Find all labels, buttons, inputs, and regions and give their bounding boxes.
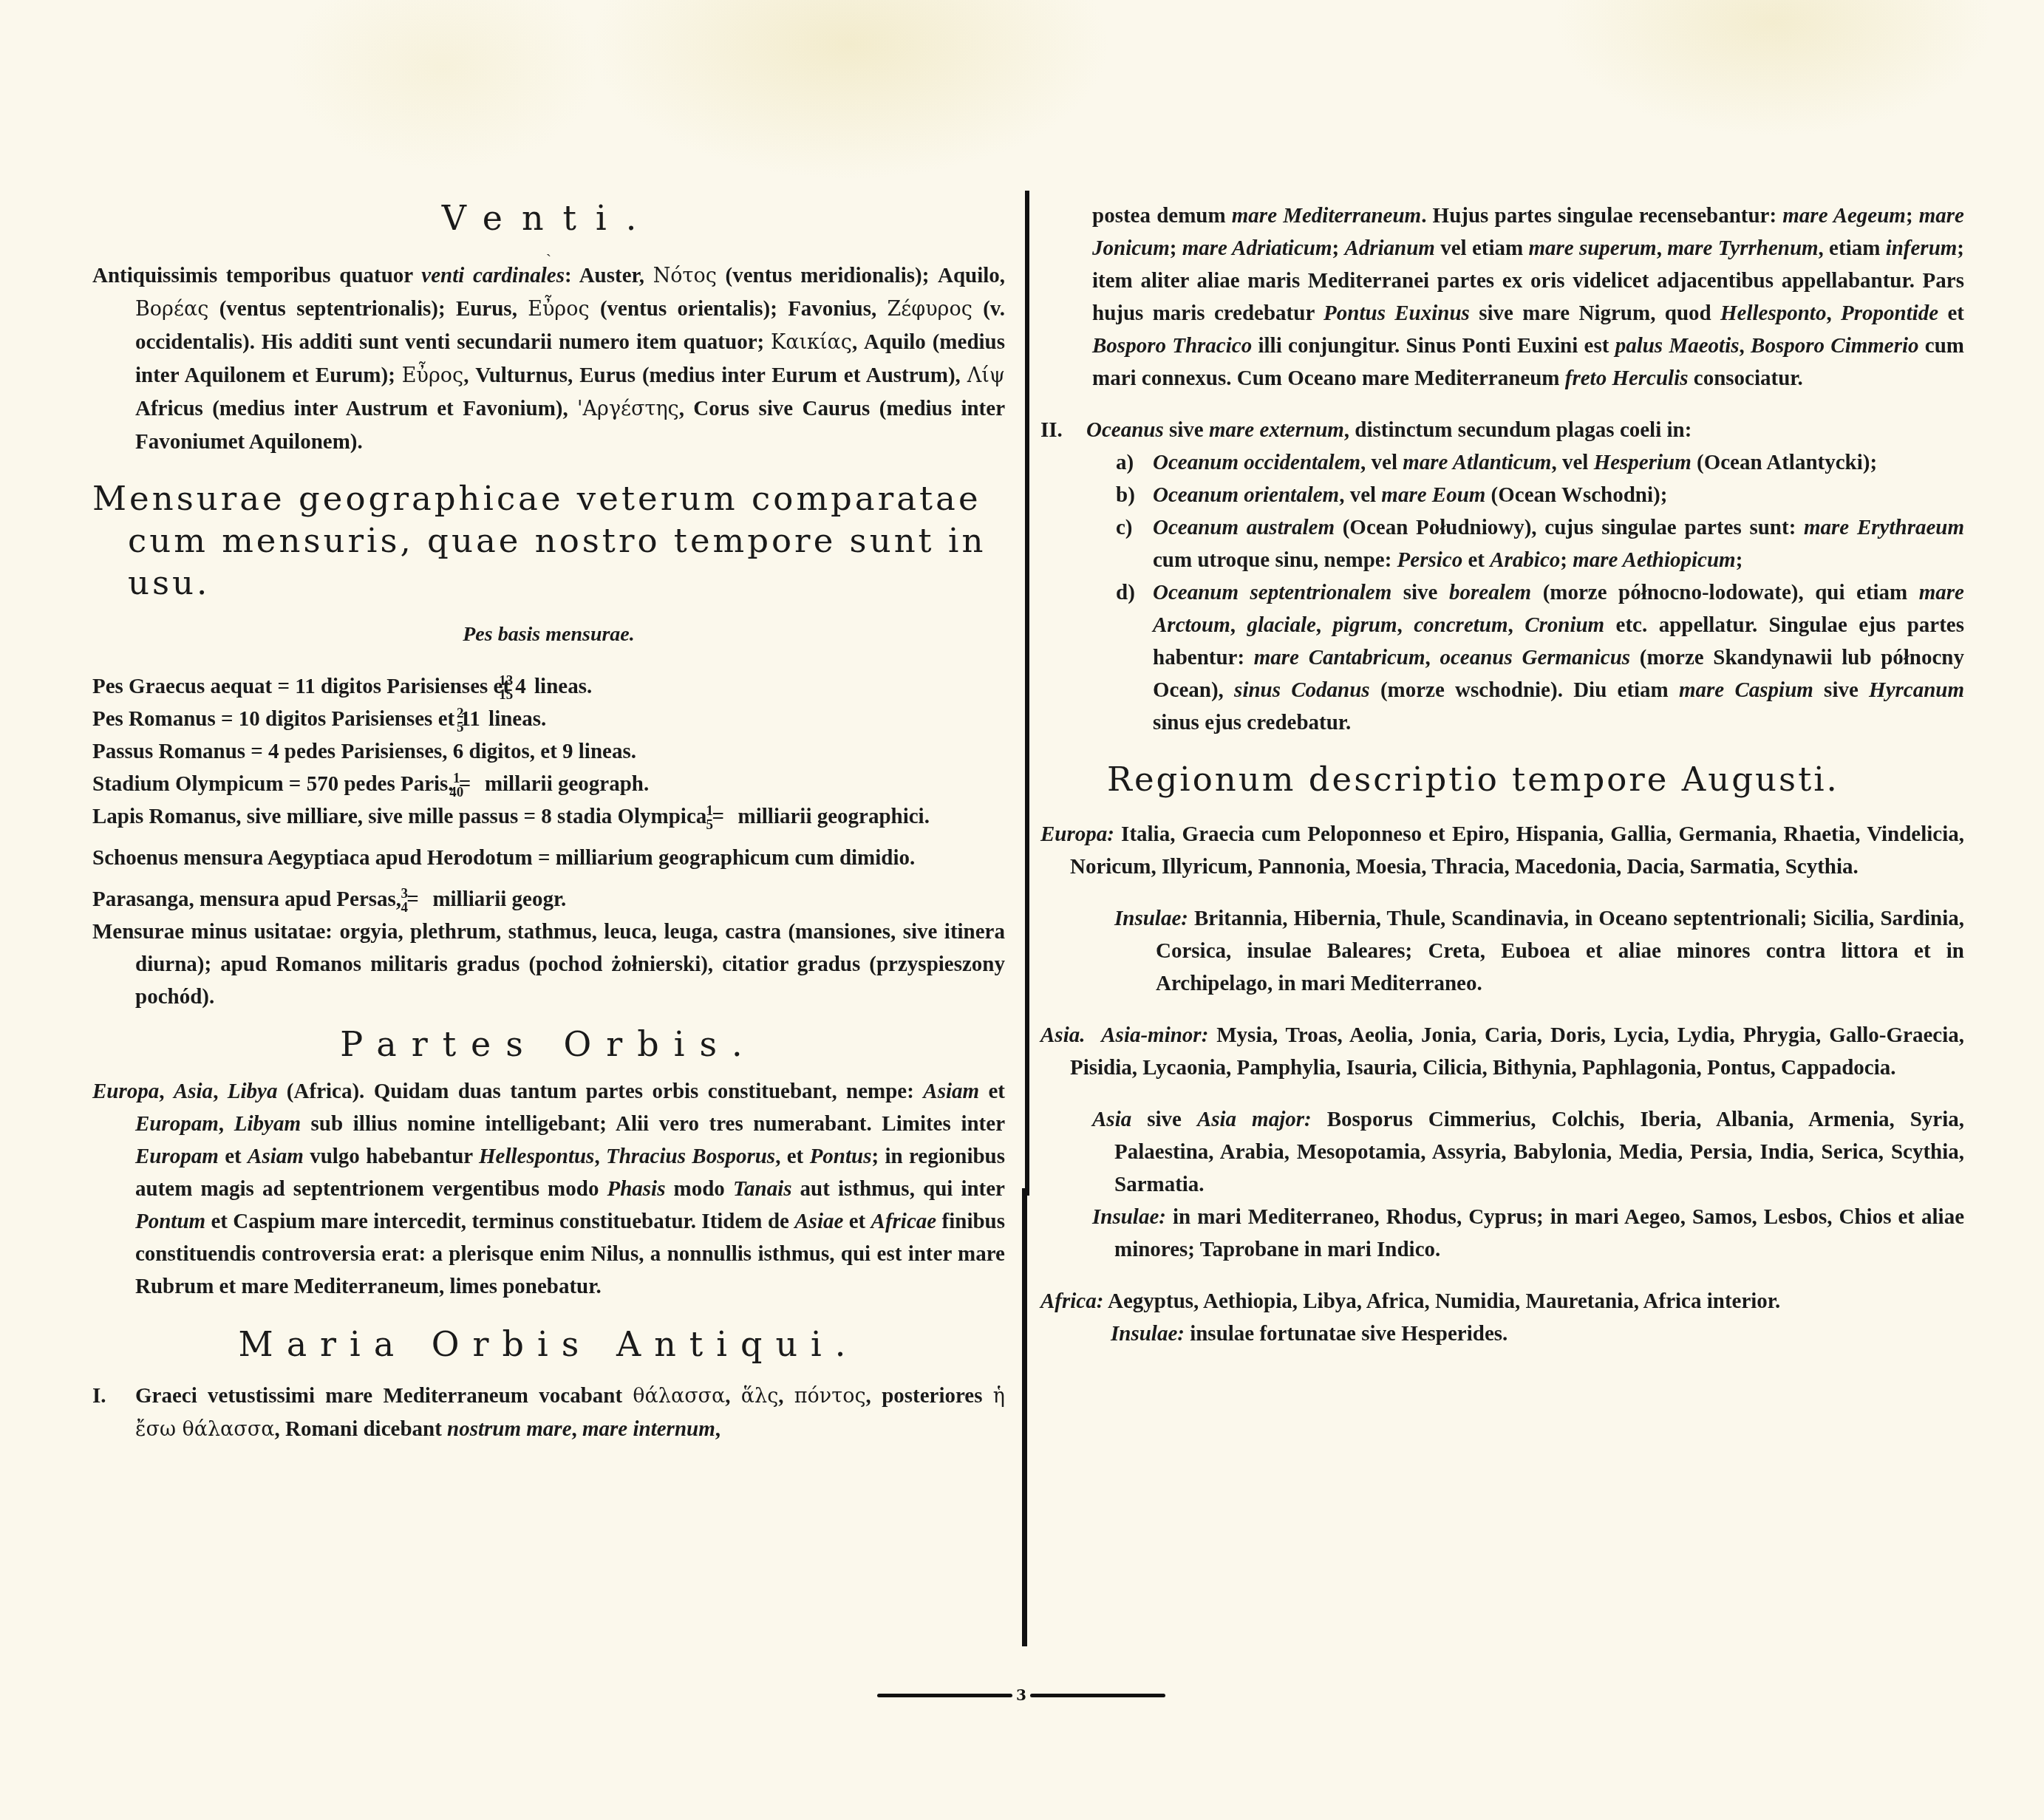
region-africa: Africa: Aegyptus, Aethiopia, Libya, Afri… [1040, 1285, 1964, 1318]
oceanus-item-a: a)Oceanum occidentalem, vel mare Atlanti… [1116, 446, 1964, 479]
region-europa-insulae: Insulae: Britannia, Hibernia, Thule, Sca… [1114, 902, 1964, 1000]
page-number: 3 [1016, 1686, 1026, 1704]
footer-ornament: 3 [877, 1689, 1165, 1701]
right-column: postea demum mare Mediterraneum. Hujus p… [1040, 200, 1964, 1350]
region-asia-major: Asia sive Asia major: Bosporus Cimmerius… [1092, 1103, 1964, 1201]
column-divider-upper [1025, 191, 1029, 1196]
section-oceanus: II.Oceanus sive mare externum, distinctu… [1040, 414, 1964, 739]
ornament-rule-left [877, 1694, 1012, 1697]
oceanus-item-d: d)Oceanum septentrionalem sive borealem … [1116, 576, 1964, 739]
region-asia-minor: Asia. Asia-minor: Mysia, Troas, Aeolia, … [1040, 1019, 1964, 1084]
measure-parasanga: Parasanga, mensura apud Persas, = 34 mil… [92, 883, 1005, 916]
decorative-mark: ˏ [92, 240, 1005, 259]
list-number: II. [1040, 414, 1086, 446]
maria-continued-paragraph: postea demum mare Mediterraneum. Hujus p… [1040, 200, 1964, 395]
measure-schoenus: Schoenus mensura Aegyptiaca apud Herodot… [92, 842, 1005, 874]
region-europa: Europa: Italia, Graecia cum Peloponneso … [1040, 818, 1964, 883]
left-column: Venti. ˏ Antiquissimis temporibus quatuo… [92, 196, 1005, 1446]
section-maria-orbis-antiqui: Maria Orbis Antiqui. I.Graeci vetustissi… [92, 1322, 1005, 1446]
ornament-rule-right [1030, 1694, 1165, 1697]
heading-maria-orbis-antiqui: Maria Orbis Antiqui. [92, 1322, 1005, 1366]
measure-pes-romanus: Pes Romanus = 10 digitos Parisienses et … [92, 703, 1005, 735]
section-maria-continued: postea demum mare Mediterraneum. Hujus p… [1040, 200, 1964, 395]
measure-pes-graecus: Pes Graecus aequat = 11 digitos Parisien… [92, 670, 1005, 703]
venti-paragraph: Antiquissimis temporibus quatuor venti c… [92, 259, 1005, 458]
oceanus-item-c: c)Oceanum australem (Ocean Południowy), … [1116, 511, 1964, 576]
subheading-pes-basis: Pes basis mensurae. [92, 618, 1005, 651]
oceanus-intro: II.Oceanus sive mare externum, distinctu… [1040, 414, 1964, 446]
measure-passus-romanus: Passus Romanus = 4 pedes Parisienses, 6 … [92, 735, 1005, 768]
heading-regionum: Regionum descriptio tempore Augusti. [1040, 758, 1964, 800]
measure-minus-usitatae: Mensurae minus usitatae: orgyia, plethru… [92, 916, 1005, 1013]
section-partes-orbis: Partes Orbis. Europa, Asia, Libya (Afric… [92, 1022, 1005, 1303]
oceanus-item-b: b)Oceanum orientalem, vel mare Eoum (Oce… [1116, 479, 1964, 511]
column-divider-lower [1022, 1188, 1027, 1646]
region-asia-insulae: Insulae: in mari Mediterraneo, Rhodus, C… [1092, 1201, 1964, 1266]
heading-mensurae: Mensurae geographicae veterum comparatae… [92, 477, 1005, 604]
section-mensurae: Mensurae geographicae veterum comparatae… [92, 477, 1005, 1013]
heading-venti: Venti. [92, 196, 1005, 240]
section-venti: Venti. ˏ Antiquissimis temporibus quatuo… [92, 196, 1005, 458]
heading-partes-orbis: Partes Orbis. [92, 1022, 1005, 1066]
measure-lapis-romanus: Lapis Romanus, sive milliare, sive mille… [92, 800, 1005, 833]
measure-stadium: Stadium Olympicum = 570 pedes Paris. = 1… [92, 768, 1005, 800]
section-regionum: Regionum descriptio tempore Augusti. Eur… [1040, 758, 1964, 1350]
partes-paragraph: Europa, Asia, Libya (Africa). Quidam dua… [92, 1075, 1005, 1303]
region-africa-insulae: Insulae: insulae fortunatae sive Hesperi… [1111, 1318, 1964, 1350]
list-number: I. [92, 1380, 135, 1412]
maria-paragraph-i: I.Graeci vetustissimi mare Mediterraneum… [92, 1380, 1005, 1446]
